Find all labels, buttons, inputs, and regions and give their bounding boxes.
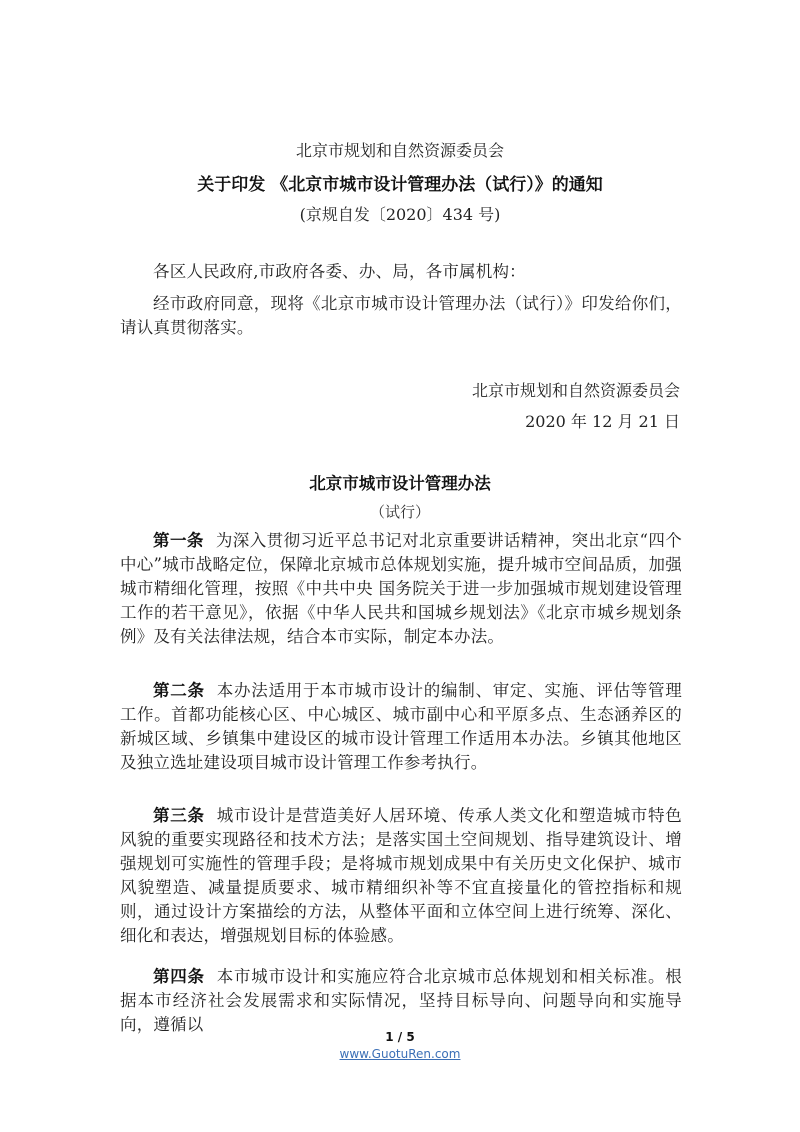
notice-title: 关于印发 《北京市城市设计管理办法（试行）》的通知 bbox=[0, 170, 800, 195]
article-4: 第四条本市城市设计和实施应符合北京城市总体规划和相关标准。根据本市经济社会发展需… bbox=[120, 965, 682, 1037]
page-indicator: 1 / 5 bbox=[0, 1030, 800, 1044]
article-label: 第四条 bbox=[153, 967, 205, 986]
article-label: 第一条 bbox=[153, 531, 204, 550]
regulation-title: 北京市城市设计管理办法 bbox=[0, 470, 800, 494]
article-label: 第二条 bbox=[153, 681, 205, 700]
signature-date: 2020 年 12 月 21 日 bbox=[525, 409, 680, 432]
article-text: 为深入贯彻习近平总书记对北京重要讲话精神，突出北京“四个中心”城市战略定位，保障… bbox=[120, 531, 682, 646]
article-1: 第一条为深入贯彻习近平总书记对北京重要讲话精神，突出北京“四个中心”城市战略定位… bbox=[120, 529, 682, 649]
regulation-subtitle: （试行） bbox=[0, 501, 800, 522]
document-page: 北京市规划和自然资源委员会 关于印发 《北京市城市设计管理办法（试行）》的通知 … bbox=[0, 0, 800, 1132]
article-text: 城市设计是营造美好人居环境、传承人类文化和塑造城市特色风貌的重要实现路径和技术方… bbox=[120, 806, 682, 945]
article-label: 第三条 bbox=[153, 806, 205, 825]
document-number: (京规自发〔2020〕434 号) bbox=[0, 202, 800, 225]
article-2: 第二条本办法适用于本市城市设计的编制、审定、实施、评估等管理工作。首都功能核心区… bbox=[120, 679, 682, 775]
signature-org: 北京市规划和自然资源委员会 bbox=[472, 378, 680, 401]
addressee: 各区人民政府,市政府各委、办、局，各市属机构： bbox=[120, 260, 682, 284]
notice-body: 经市政府同意，现将《北京市城市设计管理办法（试行）》印发给你们，请认真贯彻落实。 bbox=[120, 292, 682, 340]
issuer-name: 北京市规划和自然资源委员会 bbox=[0, 138, 800, 161]
footer-website: www.GuotuRen.com bbox=[0, 1047, 800, 1061]
website-link[interactable]: www.GuotuRen.com bbox=[340, 1047, 461, 1061]
article-3: 第三条城市设计是营造美好人居环境、传承人类文化和塑造城市特色风貌的重要实现路径和… bbox=[120, 804, 682, 948]
